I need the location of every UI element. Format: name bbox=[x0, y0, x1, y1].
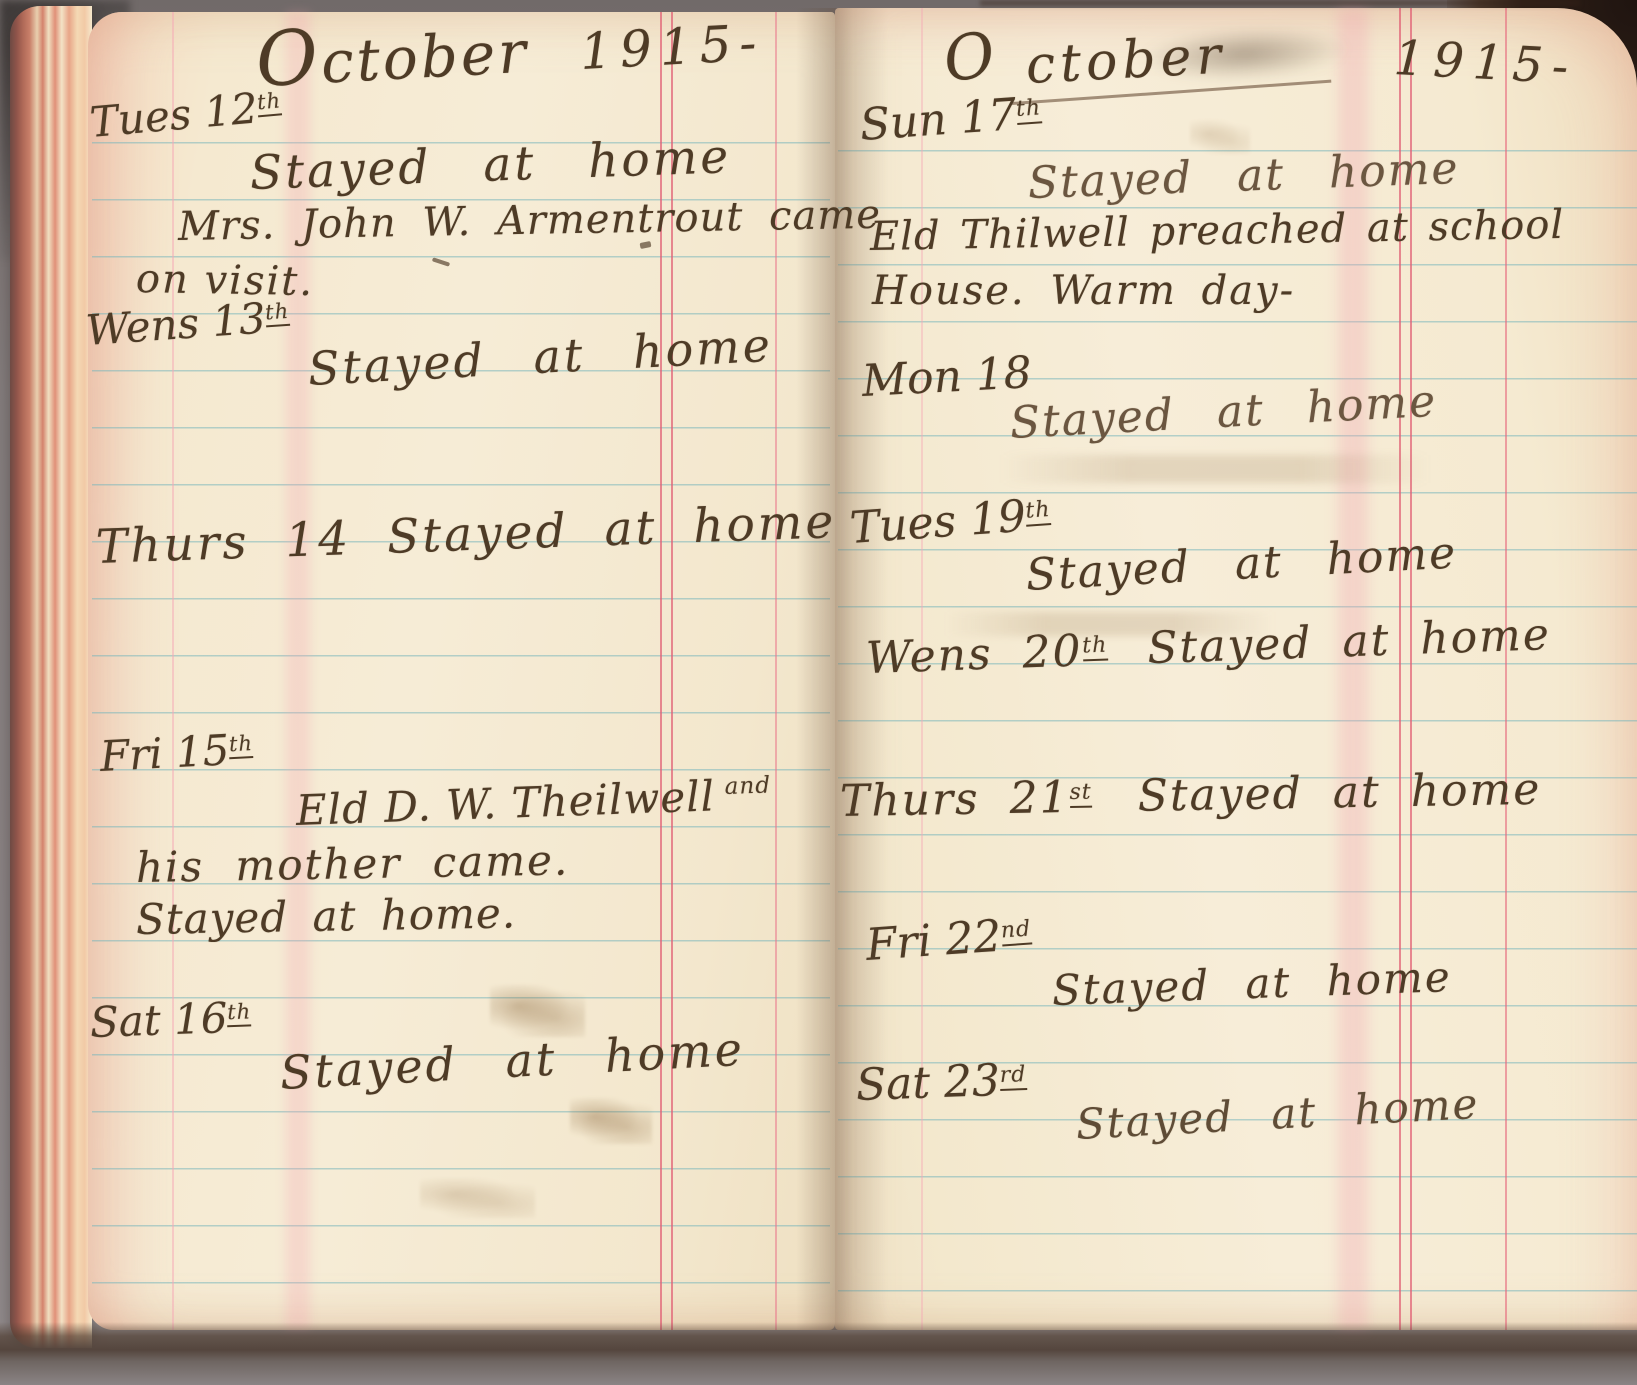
date-ordinal: th bbox=[264, 299, 290, 328]
page-header-right-year: 1915- bbox=[1393, 30, 1579, 96]
date-ordinal: th bbox=[228, 731, 253, 759]
header-year: 1915- bbox=[579, 13, 766, 81]
date-text: Mon 18 bbox=[861, 347, 1033, 407]
diary-scan: October 1915- Tues 12th Stayed at home M… bbox=[0, 0, 1637, 1385]
entry-line: Stayed at home. bbox=[136, 888, 517, 944]
page-header-right-initial: O bbox=[939, 17, 1000, 96]
date-ordinal: th bbox=[1082, 632, 1108, 661]
book-top-edge bbox=[980, 0, 1580, 6]
entry-line: House. Warm day- bbox=[872, 268, 1295, 314]
date-ordinal: th bbox=[256, 89, 282, 118]
header-month: ctober bbox=[1024, 26, 1227, 96]
date-ordinal: th bbox=[227, 1000, 252, 1028]
date-text: Fri 22 bbox=[864, 911, 1003, 971]
date-ordinal: nd bbox=[1000, 916, 1032, 946]
date-text: Fri 15 bbox=[99, 725, 231, 781]
entry-text: his mother came. bbox=[136, 835, 570, 892]
header-year: 1915- bbox=[1393, 30, 1579, 96]
date-ordinal: th bbox=[1015, 95, 1042, 125]
date-text: Sun 17 bbox=[858, 89, 1018, 151]
entry-line: Stayed at home bbox=[1137, 764, 1541, 822]
entry-tail: and bbox=[724, 772, 771, 800]
entry-text: Stayed at home. bbox=[136, 888, 517, 944]
date-text: Wens 20 bbox=[865, 625, 1083, 684]
date-text: Thurs 14 bbox=[95, 511, 352, 575]
date-text: Sat 16 bbox=[89, 993, 228, 1047]
entry-line: his mother came. bbox=[136, 835, 570, 892]
date-ordinal: rd bbox=[999, 1062, 1027, 1091]
entry-text: House. Warm day- bbox=[872, 268, 1295, 314]
entry-date: Sat 16th bbox=[89, 992, 252, 1047]
header-initial: O bbox=[939, 17, 1000, 96]
entry-date: Sat 23rd bbox=[855, 1054, 1027, 1111]
date-text: Sat 23 bbox=[855, 1055, 1001, 1111]
book-bottom-edge bbox=[0, 1322, 1637, 1385]
entry-date: Fri 15th bbox=[99, 724, 255, 781]
date-ordinal: th bbox=[1025, 497, 1052, 527]
page-edge-stack bbox=[10, 6, 92, 1348]
date-text: Thurs 21 bbox=[840, 772, 1070, 827]
header-month: October bbox=[254, 2, 531, 104]
page-header-right-month: ctober bbox=[1024, 26, 1227, 96]
date-ordinal: st bbox=[1069, 779, 1092, 807]
entry-date: Mon 18 bbox=[861, 347, 1033, 407]
